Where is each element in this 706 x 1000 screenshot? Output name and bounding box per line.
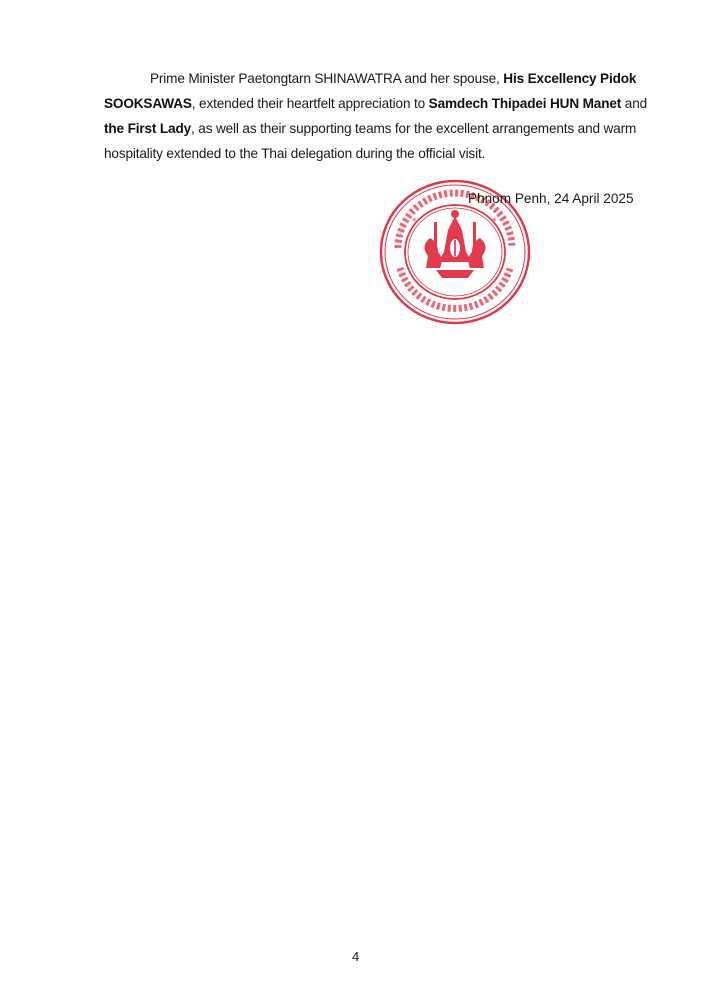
name-hun-manet: Samdech Thipadei HUN Manet <box>429 96 622 111</box>
paragraph-line: Prime Minister Paetongtarn SHINAWATRA an… <box>104 66 644 91</box>
svg-text:*: * <box>412 217 417 227</box>
page-number: 4 <box>352 949 359 964</box>
paragraph-line: SOOKSAWAS, extended their heartfelt appr… <box>104 91 644 116</box>
document-page: Prime Minister Paetongtarn SHINAWATRA an… <box>0 0 706 1000</box>
name-sooksawas: SOOKSAWAS <box>104 96 192 111</box>
paragraph-line: the First Lady, as well as their support… <box>104 116 644 141</box>
name-first-lady: the First Lady <box>104 121 191 136</box>
paragraph-line: hospitality extended to the Thai delegat… <box>104 141 644 166</box>
body-paragraph: Prime Minister Paetongtarn SHINAWATRA an… <box>104 66 644 166</box>
dateline: Phnom Penh, 24 April 2025 <box>468 191 634 206</box>
svg-text:*: * <box>492 217 497 227</box>
name-his-excellency: His Excellency Pidok <box>503 71 636 86</box>
